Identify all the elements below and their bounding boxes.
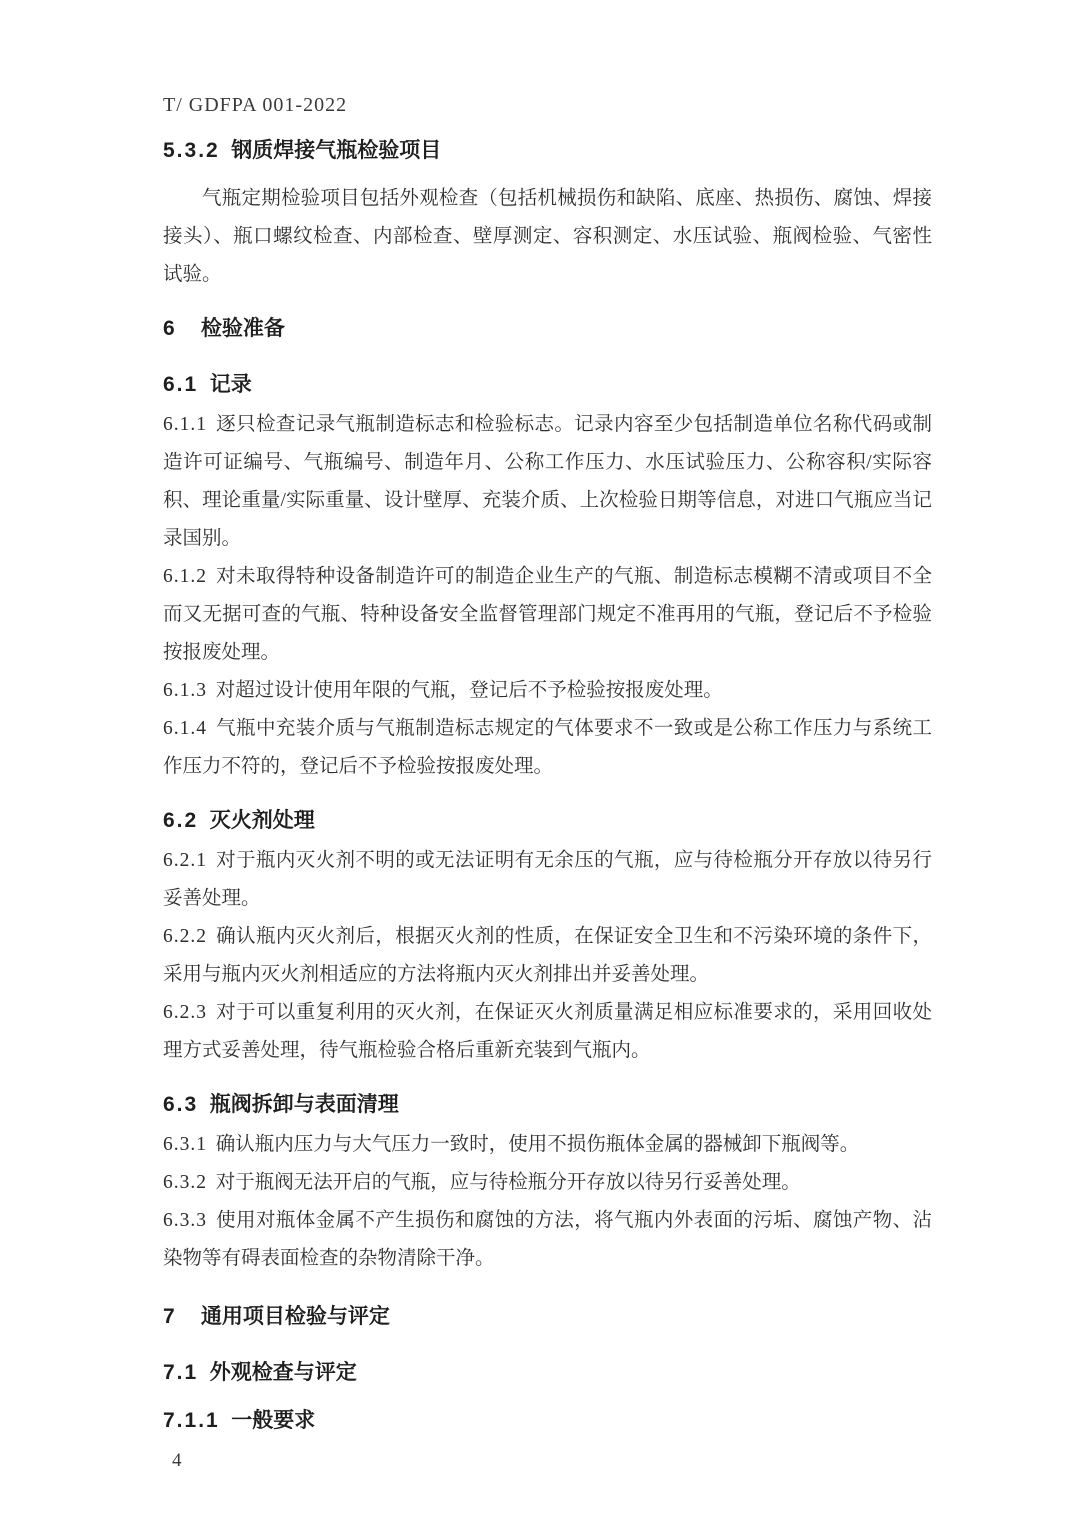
- clause-text: 使用对瓶体金属不产生损伤和腐蚀的方法，将气瓶内外表面的污垢、腐蚀产物、沾染物等有…: [163, 1210, 932, 1269]
- heading-number: 6: [163, 317, 177, 340]
- heading-6-2: 6.2灭火剂处理: [163, 810, 932, 832]
- heading-title: 检验准备: [201, 317, 285, 340]
- heading-number: 7.1.1: [163, 1409, 220, 1432]
- heading-number: 6.2: [163, 809, 198, 832]
- clause-6-3-1: 6.3.1确认瓶内压力与大气压力一致时，使用不损伤瓶体金属的器械卸下瓶阀等。: [163, 1126, 932, 1164]
- clause-6-1-2: 6.1.2对未取得特种设备制造许可的制造企业生产的气瓶、制造标志模糊不清或项目不…: [163, 558, 932, 672]
- clause-text: 对于瓶阀无法开启的气瓶，应与待检瓶分开存放以待另行妥善处理。: [216, 1172, 801, 1193]
- clause-number: 6.3.1: [163, 1134, 207, 1155]
- clause-number: 6.1.2: [163, 566, 207, 587]
- heading-number: 7: [163, 1305, 177, 1328]
- clause-5-3-2-text: 气瓶定期检验项目包括外观检查（包括机械损伤和缺陷、底座、热损伤、腐蚀、焊接接头）…: [163, 180, 932, 294]
- document-page: T/ GDFPA 001-2022 5.3.2钢质焊接气瓶检验项目 气瓶定期检验…: [0, 0, 1080, 1527]
- clause-6-1-4: 6.1.4气瓶中充装介质与气瓶制造标志规定的气体要求不一致或是公称工作压力与系统…: [163, 710, 932, 786]
- heading-number: 6.1: [163, 373, 198, 396]
- heading-title: 记录: [210, 373, 252, 396]
- clause-text: 气瓶中充装介质与气瓶制造标志规定的气体要求不一致或是公称工作压力与系统工作压力不…: [163, 718, 932, 777]
- heading-title: 灭火剂处理: [210, 809, 315, 832]
- clause-6-1-1: 6.1.1逐只检查记录气瓶制造标志和检验标志。记录内容至少包括制造单位名称代码或…: [163, 406, 932, 558]
- heading-7-1: 7.1外观检查与评定: [163, 1362, 932, 1384]
- clause-text: 对未取得特种设备制造许可的制造企业生产的气瓶、制造标志模糊不清或项目不全而又无据…: [163, 566, 932, 663]
- heading-6-3: 6.3瓶阀拆卸与表面清理: [163, 1094, 932, 1116]
- clause-text: 确认瓶内压力与大气压力一致时，使用不损伤瓶体金属的器械卸下瓶阀等。: [216, 1134, 860, 1155]
- clause-6-3-3: 6.3.3使用对瓶体金属不产生损伤和腐蚀的方法，将气瓶内外表面的污垢、腐蚀产物、…: [163, 1202, 932, 1278]
- heading-number: 7.1: [163, 1361, 198, 1384]
- heading-number: 5.3.2: [163, 139, 220, 162]
- clause-text: 对超过设计使用年限的气瓶，登记后不予检验按报废处理。: [216, 680, 723, 701]
- heading-title: 一般要求: [231, 1409, 315, 1432]
- clause-number: 6.2.1: [163, 850, 207, 871]
- heading-number: 6.3: [163, 1093, 198, 1116]
- heading-title: 通用项目检验与评定: [201, 1305, 390, 1328]
- heading-6-1: 6.1记录: [163, 374, 932, 396]
- clause-6-3-2: 6.3.2对于瓶阀无法开启的气瓶，应与待检瓶分开存放以待另行妥善处理。: [163, 1164, 932, 1202]
- clause-number: 6.1.1: [163, 414, 207, 435]
- standard-number-header: T/ GDFPA 001-2022: [163, 95, 932, 116]
- clause-text: 对于瓶内灭火剂不明的或无法证明有无余压的气瓶，应与待检瓶分开存放以待另行妥善处理…: [163, 850, 932, 909]
- heading-title: 外观检查与评定: [210, 1361, 357, 1384]
- clause-number: 6.1.3: [163, 680, 207, 701]
- clause-text: 逐只检查记录气瓶制造标志和检验标志。记录内容至少包括制造单位名称代码或制造许可证…: [163, 414, 932, 549]
- heading-7-1-1: 7.1.1一般要求: [163, 1410, 932, 1432]
- clause-number: 6.3.2: [163, 1172, 207, 1193]
- page-number: 4: [172, 1450, 932, 1471]
- clause-text: 对于可以重复利用的灭火剂，在保证灭火剂质量满足相应标准要求的，采用回收处理方式妥…: [163, 1002, 932, 1061]
- heading-5-3-2: 5.3.2钢质焊接气瓶检验项目: [163, 140, 932, 162]
- clause-6-2-2: 6.2.2确认瓶内灭火剂后，根据灭火剂的性质，在保证安全卫生和不污染环境的条件下…: [163, 918, 932, 994]
- clause-text: 确认瓶内灭火剂后，根据灭火剂的性质，在保证安全卫生和不污染环境的条件下，采用与瓶…: [163, 926, 932, 985]
- clause-6-2-1: 6.2.1对于瓶内灭火剂不明的或无法证明有无余压的气瓶，应与待检瓶分开存放以待另…: [163, 842, 932, 918]
- heading-title: 瓶阀拆卸与表面清理: [210, 1093, 399, 1116]
- clause-6-1-3: 6.1.3对超过设计使用年限的气瓶，登记后不予检验按报废处理。: [163, 672, 932, 710]
- heading-title: 钢质焊接气瓶检验项目: [231, 139, 441, 162]
- clause-number: 6.3.3: [163, 1210, 207, 1231]
- clause-number: 6.1.4: [163, 718, 207, 739]
- heading-6: 6检验准备: [163, 318, 932, 340]
- clause-number: 6.2.3: [163, 1002, 207, 1023]
- heading-7: 7通用项目检验与评定: [163, 1306, 932, 1328]
- clause-number: 6.2.2: [163, 926, 207, 947]
- clause-6-2-3: 6.2.3对于可以重复利用的灭火剂，在保证灭火剂质量满足相应标准要求的，采用回收…: [163, 994, 932, 1070]
